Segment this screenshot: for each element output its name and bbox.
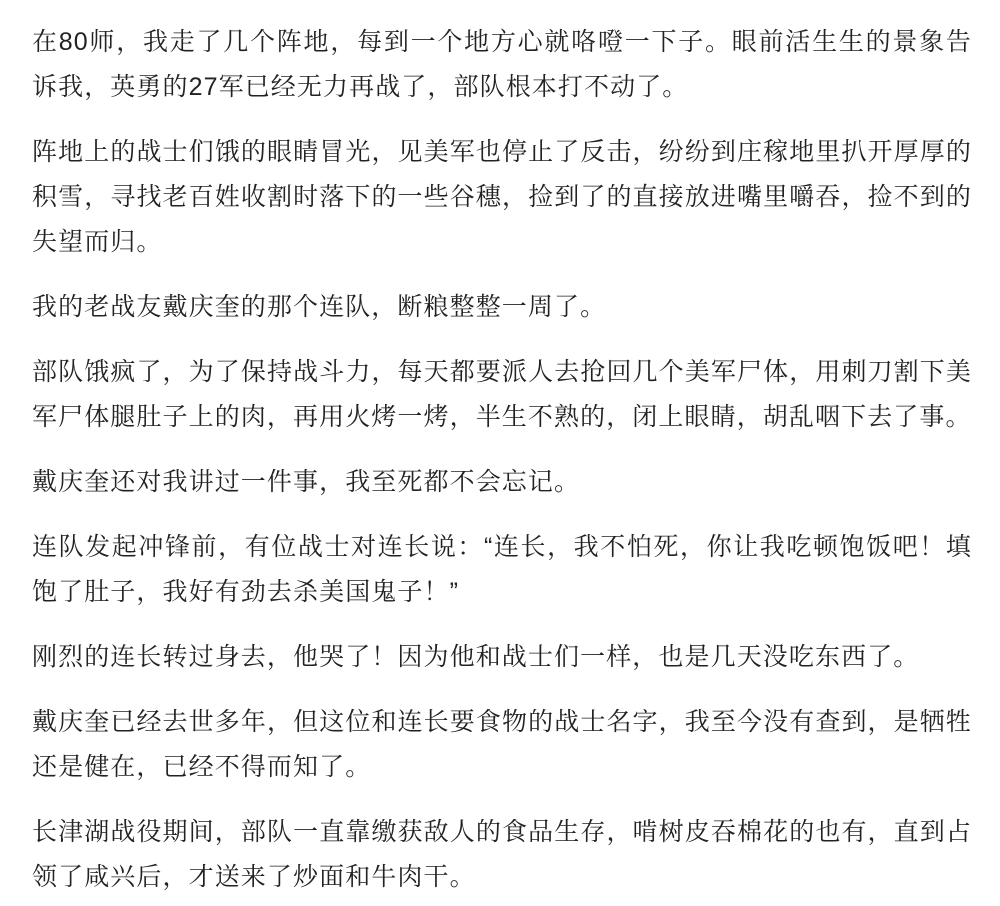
document-page: 在80师，我走了几个阵地，每到一个地方心就咯噔一下子。眼前活生生的景象告诉我，英… bbox=[0, 0, 1000, 906]
paragraph: 部队饿疯了，为了保持战斗力，每天都要派人去抢回几个美军尸体，用刺刀割下美军尸体腿… bbox=[32, 350, 972, 440]
paragraph: 戴庆奎还对我讲过一件事，我至死都不会忘记。 bbox=[32, 460, 972, 505]
article-body: 在80师，我走了几个阵地，每到一个地方心就咯噔一下子。眼前活生生的景象告诉我，英… bbox=[32, 20, 972, 900]
paragraph: 连队发起冲锋前，有位战士对连长说：“连长，我不怕死，你让我吃顿饱饭吧！填饱了肚子… bbox=[32, 525, 972, 615]
paragraph: 长津湖战役期间，部队一直靠缴获敌人的食品生存，啃树皮吞棉花的也有，直到占领了咸兴… bbox=[32, 810, 972, 900]
paragraph: 刚烈的连长转过身去，他哭了！因为他和战士们一样，也是几天没吃东西了。 bbox=[32, 635, 972, 680]
paragraph: 戴庆奎已经去世多年，但这位和连长要食物的战士名字，我至今没有查到，是牺牲还是健在… bbox=[32, 700, 972, 790]
paragraph: 我的老战友戴庆奎的那个连队，断粮整整一周了。 bbox=[32, 285, 972, 330]
paragraph: 在80师，我走了几个阵地，每到一个地方心就咯噔一下子。眼前活生生的景象告诉我，英… bbox=[32, 20, 972, 110]
paragraph: 阵地上的战士们饿的眼睛冒光，见美军也停止了反击，纷纷到庄稼地里扒开厚厚的积雪，寻… bbox=[32, 130, 972, 265]
